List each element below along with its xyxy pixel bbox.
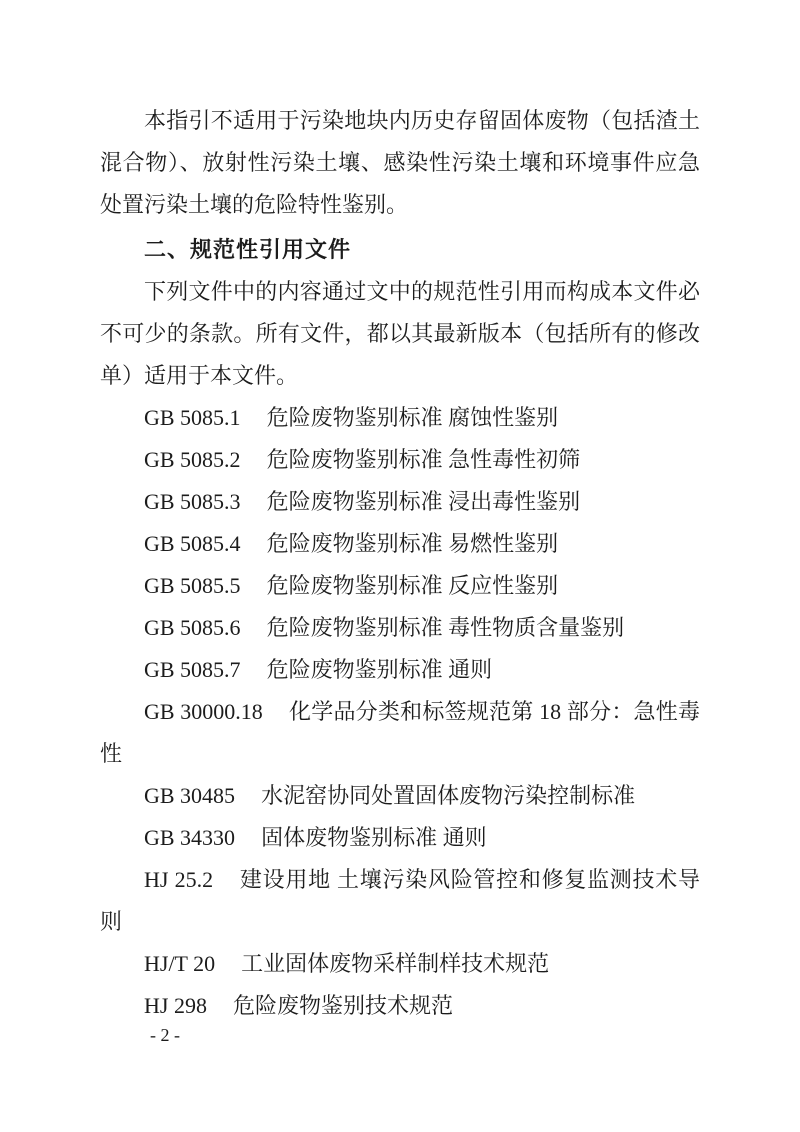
reference-item: HJ 25.2建设用地 土壤污染风险管控和修复监测技术导则	[100, 859, 700, 943]
document-page: 本指引不适用于污染地块内历史存留固体废物（包括渣土混合物）、放射性污染土壤、感染…	[0, 0, 800, 1132]
reference-code: GB 30000.18	[144, 699, 263, 724]
reference-title: 危险废物鉴别标准 通则	[267, 657, 493, 682]
reference-item: GB 5085.7危险废物鉴别标准 通则	[100, 649, 700, 691]
reference-code: GB 5085.5	[144, 573, 241, 598]
reference-item: GB 5085.2危险废物鉴别标准 急性毒性初筛	[100, 439, 700, 481]
reference-code: GB 5085.3	[144, 489, 241, 514]
reference-code: GB 5085.6	[144, 615, 241, 640]
reference-code: GB 5085.1	[144, 405, 241, 430]
reference-title: 危险废物鉴别标准 浸出毒性鉴别	[267, 489, 581, 514]
reference-title: 危险废物鉴别标准 反应性鉴别	[267, 573, 559, 598]
reference-item: GB 5085.6危险废物鉴别标准 毒性物质含量鉴别	[100, 607, 700, 649]
reference-code: GB 34330	[144, 825, 235, 850]
reference-code: HJ/T 20	[144, 951, 215, 976]
reference-item: GB 5085.5危险废物鉴别标准 反应性鉴别	[100, 565, 700, 607]
reference-title: 危险废物鉴别标准 腐蚀性鉴别	[267, 405, 559, 430]
reference-item: HJ 298危险废物鉴别技术规范	[100, 985, 700, 1027]
reference-title: 工业固体废物采样制样技术规范	[241, 951, 549, 976]
reference-title: 水泥窑协同处置固体废物污染控制标准	[261, 783, 635, 808]
reference-item: GB 5085.3危险废物鉴别标准 浸出毒性鉴别	[100, 481, 700, 523]
reference-title: 危险废物鉴别技术规范	[233, 993, 453, 1018]
reference-item: GB 30485水泥窑协同处置固体废物污染控制标准	[100, 775, 700, 817]
reference-item: HJ/T 20工业固体废物采样制样技术规范	[100, 943, 700, 985]
reference-code: GB 30485	[144, 783, 235, 808]
reference-title: 危险废物鉴别标准 毒性物质含量鉴别	[267, 615, 625, 640]
paragraph-scope-exclusion: 本指引不适用于污染地块内历史存留固体废物（包括渣土混合物）、放射性污染土壤、感染…	[100, 100, 700, 226]
reference-code: HJ 298	[144, 993, 207, 1018]
reference-code: GB 5085.4	[144, 531, 241, 556]
reference-title: 固体废物鉴别标准 通则	[261, 825, 487, 850]
reference-code: GB 5085.2	[144, 447, 241, 472]
reference-item: GB 30000.18化学品分类和标签规范第 18 部分：急性毒性	[100, 691, 700, 775]
reference-item: GB 5085.4危险废物鉴别标准 易燃性鉴别	[100, 523, 700, 565]
reference-title: 危险废物鉴别标准 易燃性鉴别	[267, 531, 559, 556]
footer-page-number: - 2 -	[150, 1022, 180, 1048]
section-heading-normative-references: 二、规范性引用文件	[100, 229, 700, 271]
reference-title: 危险废物鉴别标准 急性毒性初筛	[267, 447, 581, 472]
document-body: 本指引不适用于污染地块内历史存留固体废物（包括渣土混合物）、放射性污染土壤、感染…	[100, 100, 700, 1027]
reference-code: GB 5085.7	[144, 657, 241, 682]
reference-item: GB 5085.1危险废物鉴别标准 腐蚀性鉴别	[100, 397, 700, 439]
paragraph-references-intro: 下列文件中的内容通过文中的规范性引用而构成本文件必不可少的条款。所有文件，都以其…	[100, 271, 700, 397]
reference-code: HJ 25.2	[144, 867, 213, 892]
reference-item: GB 34330固体废物鉴别标准 通则	[100, 817, 700, 859]
